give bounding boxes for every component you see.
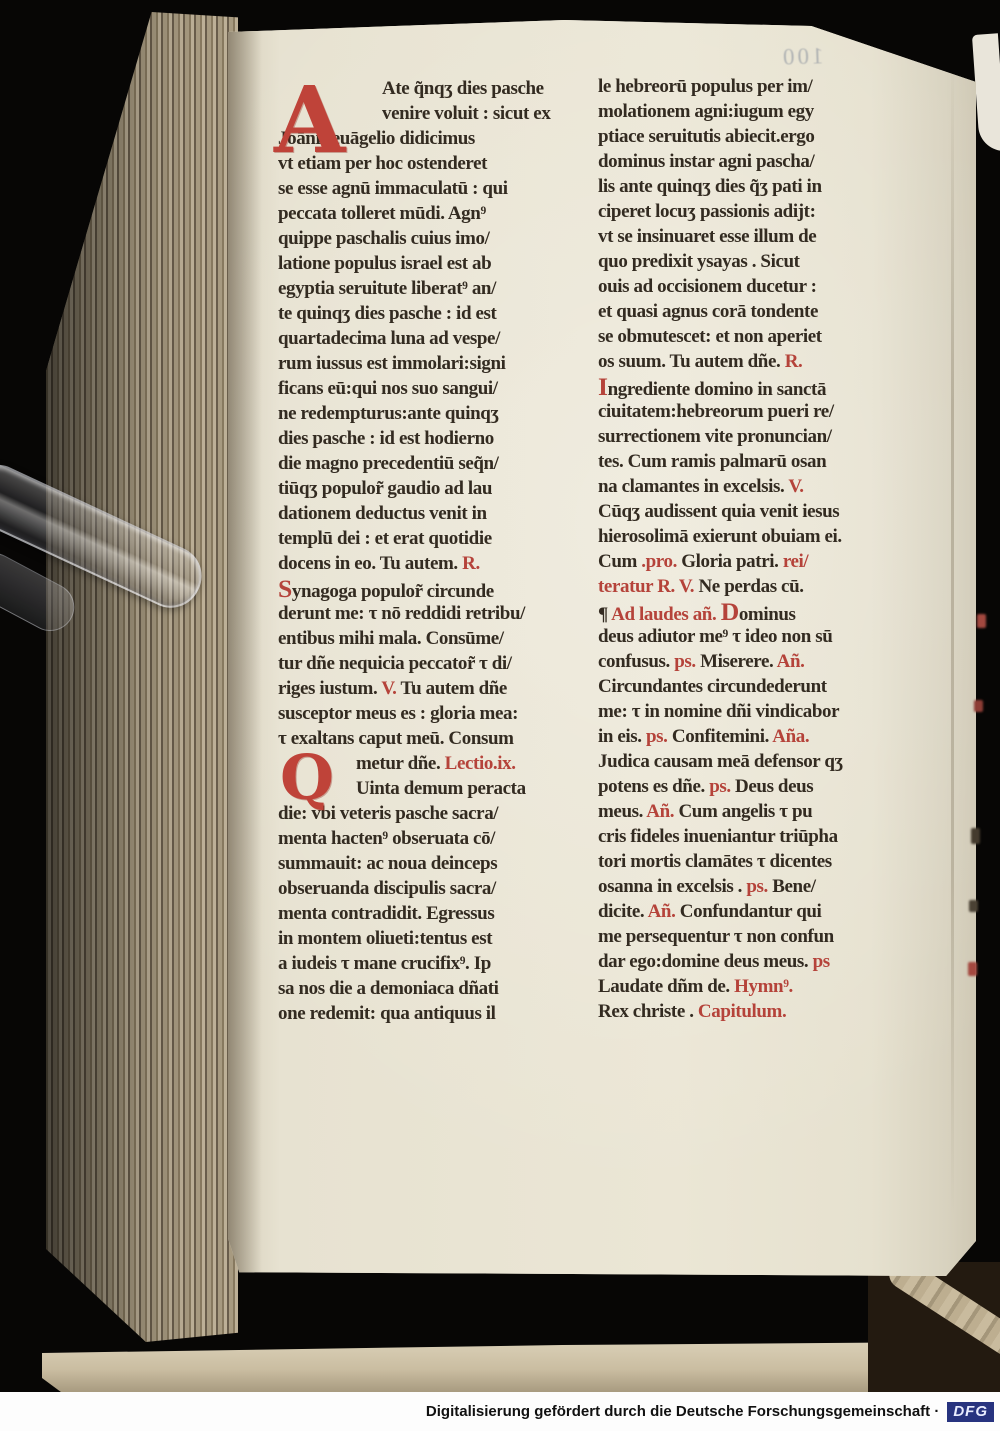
- text-segment: dationem deductus venit in: [278, 503, 487, 524]
- text-line: surrectionem vite pronuncian/: [598, 424, 928, 449]
- text-segment: dar ego:domine deus meus.: [598, 951, 813, 972]
- text-segment: Confundantur qui: [675, 901, 821, 922]
- text-segment: rei/: [783, 551, 808, 572]
- text-segment: tes. Cum ramis palmarū osan: [598, 451, 826, 472]
- text-line: dominus instar agni pascha/: [598, 149, 928, 174]
- text-segment: na clamantes in excelsis.: [598, 476, 788, 497]
- text-segment: quo predixit ysayas . Sicut: [598, 251, 800, 272]
- text-segment: quartadecima luna ad vespe/: [278, 328, 500, 349]
- text-segment: V.: [381, 678, 396, 699]
- text-segment: ptiace seruitutis abiecit.ergo: [598, 126, 814, 147]
- text-line: dies pasche : id est hodierno: [278, 426, 608, 451]
- text-line: docens in eo. Tu autem. R.: [278, 551, 608, 576]
- text-segment: cris fideles inueniantur triūpha: [598, 826, 838, 847]
- text-line: quartadecima luna ad vespe/: [278, 326, 608, 351]
- text-segment: I: [598, 372, 608, 401]
- text-line: confusus. ps. Miserere. Añ.: [598, 649, 928, 674]
- text-segment: V.: [788, 476, 803, 497]
- text-line: se esse agnū immaculatū : qui: [278, 176, 608, 201]
- text-segment: ps.: [674, 651, 696, 672]
- text-segment: Añ.: [777, 651, 805, 672]
- text-line: ouis ad occisionem ducetur :: [598, 274, 928, 299]
- text-segment: ps: [813, 951, 830, 972]
- text-line: rum iussus est immolari:signi: [278, 351, 608, 376]
- right-text-column: le hebreorū populus per im/molationem ag…: [598, 74, 928, 1024]
- page-edge-bleed-mark: [977, 614, 986, 628]
- text-line: egyptia seruitute liberat⁹ an/: [278, 276, 608, 301]
- text-line: ¶ Ad laudes añ. Dominus: [598, 599, 928, 624]
- text-line: os suum. Tu autem dñe. R.: [598, 349, 928, 374]
- text-segment: ominus: [739, 604, 796, 625]
- text-segment: deus adiutor me⁹ τ ideo non sū: [598, 626, 832, 647]
- text-segment: Uinta demum peracta: [356, 778, 526, 799]
- text-segment: peccata tolleret mūdi. Agn⁹: [278, 203, 486, 224]
- text-line: dicite. Añ. Confundantur qui: [598, 899, 928, 924]
- text-segment: hierosolimā exierunt obuiam ei.: [598, 526, 842, 547]
- text-line: Laudate dñm de. Hymn⁹.: [598, 974, 928, 999]
- text-segment: le hebreorū populus per im/: [598, 76, 812, 97]
- text-segment: molationem agni:iugum egy: [598, 101, 814, 122]
- text-line: potens es dñe. ps. Deus deus: [598, 774, 928, 799]
- text-line: se obmutescet: et non aperiet: [598, 324, 928, 349]
- text-segment: vt se insinuaret esse illum de: [598, 226, 816, 247]
- text-segment: Lectio.ix.: [445, 753, 516, 774]
- text-line: obseruanda discipulis sacra/: [278, 876, 608, 901]
- text-line: riges iustum. V. Tu autem dñe: [278, 676, 608, 701]
- text-segment: latione populus israel est ab: [278, 253, 491, 274]
- text-line: Cūqʒ audissent quia venit iesus: [598, 499, 928, 524]
- text-segment: ciuitatem:hebreorum pueri re/: [598, 401, 834, 422]
- text-line: Cum .pro. Gloria patri. rei/: [598, 549, 928, 574]
- text-segment: templū dei : et erat quotidie: [278, 528, 492, 549]
- text-segment: rum iussus est immolari:signi: [278, 353, 506, 374]
- left-page-edges: [46, 12, 238, 1342]
- text-segment: Circundantes circundederunt: [598, 676, 827, 697]
- text-line: quo predixit ysayas . Sicut: [598, 249, 928, 274]
- text-segment: et quasi agnus corā tondente: [598, 301, 818, 322]
- text-line: tur dñe nequicia peccator̃ τ di/: [278, 651, 608, 676]
- text-segment: Tu autem dñe: [397, 678, 507, 699]
- text-segment: R.: [785, 351, 803, 372]
- text-segment: Hymn⁹.: [734, 976, 793, 997]
- credit-text: Digitalisierung gefördert durch die Deut…: [426, 1403, 939, 1420]
- text-line: osanna in excelsis . ps. Bene/: [598, 874, 928, 899]
- text-segment: entibus mihi mala. Consūme/: [278, 628, 504, 649]
- text-line: molationem agni:iugum egy: [598, 99, 928, 124]
- text-line: teratur R. V. Ne perdas cū.: [598, 574, 928, 599]
- text-line: meus. Añ. Cum angelis τ pu: [598, 799, 928, 824]
- illuminated-initial-a: A: [274, 70, 345, 170]
- text-line: summauit: ac noua deinceps: [278, 851, 608, 876]
- text-line: entibus mihi mala. Consūme/: [278, 626, 608, 651]
- text-segment: Deus deus: [731, 776, 814, 797]
- text-segment: meus.: [598, 801, 646, 822]
- text-line: hierosolimā exierunt obuiam ei.: [598, 524, 928, 549]
- text-segment: ciperet locuʒ passionis adijt:: [598, 201, 816, 222]
- text-segment: S: [278, 574, 292, 603]
- text-segment: menta hacten⁹ obseruata cō/: [278, 828, 495, 849]
- text-line: ciperet locuʒ passionis adijt:: [598, 199, 928, 224]
- text-line: te quinqʒ dies pasche : id est: [278, 301, 608, 326]
- text-segment: Ate q̃nqʒ dies pasche: [382, 78, 544, 99]
- text-segment: sa nos die a demoniaca dñati: [278, 978, 499, 999]
- text-segment: Confitemini.: [668, 726, 773, 747]
- text-segment: os suum. Tu autem dñe.: [598, 351, 785, 372]
- text-segment: ne redempturus:ante quinqʒ: [278, 403, 499, 424]
- text-segment: Cūqʒ audissent quia venit iesus: [598, 501, 839, 522]
- folio-number-showthrough: 100: [780, 43, 824, 71]
- text-line: latione populus israel est ab: [278, 251, 608, 276]
- text-segment: Laudate dñm de.: [598, 976, 734, 997]
- text-line: me: τ in nomine dñi vindicabor: [598, 699, 928, 724]
- text-segment: egyptia seruitute liberat⁹ an/: [278, 278, 496, 299]
- text-line: Synagoga populor̃ circunde: [278, 576, 608, 601]
- text-segment: confusus.: [598, 651, 674, 672]
- text-line: a iudeis τ mane crucifix⁹. Ip: [278, 951, 608, 976]
- text-segment: tur dñe nequicia peccator̃ τ di/: [278, 653, 512, 674]
- text-line: ciuitatem:hebreorum pueri re/: [598, 399, 928, 424]
- text-segment: lis ante quinqʒ dies q̃ʒ pati in: [598, 176, 822, 197]
- text-segment: Judica causam meā defensor qʒ: [598, 751, 843, 772]
- text-segment: ynagoga populor̃ circunde: [292, 581, 494, 602]
- text-line: templū dei : et erat quotidie: [278, 526, 608, 551]
- text-line: Circundantes circundederunt: [598, 674, 928, 699]
- text-segment: R.: [462, 553, 480, 574]
- text-segment: dies pasche : id est hodierno: [278, 428, 494, 449]
- text-segment: Añ.: [648, 901, 676, 922]
- text-segment: dominus instar agni pascha/: [598, 151, 814, 172]
- text-line: Judica causam meā defensor qʒ: [598, 749, 928, 774]
- text-segment: venire voluit : sicut ex: [382, 103, 550, 124]
- text-segment: in eis.: [598, 726, 646, 747]
- page-edge-bleed-mark: [969, 900, 978, 912]
- bottom-page-edges: [58, 1262, 984, 1356]
- text-segment: ouis ad occisionem ducetur :: [598, 276, 817, 297]
- dfg-logo: DFG: [947, 1402, 994, 1422]
- text-segment: Bene/: [768, 876, 816, 897]
- text-segment: Aña.: [772, 726, 809, 747]
- book-photo: 100 Ate q̃nqʒ dies paschevenire voluit :…: [0, 0, 1000, 1431]
- text-line: Ingrediente domino in sanctā: [598, 374, 928, 399]
- text-line: menta hacten⁹ obseruata cō/: [278, 826, 608, 851]
- text-segment: ¶: [598, 604, 611, 625]
- text-segment: ficans eū:qui nos suo sangui/: [278, 378, 498, 399]
- text-segment: teratur R. V.: [598, 576, 694, 597]
- text-line: tori mortis clamātes τ dicentes: [598, 849, 928, 874]
- text-line: et quasi agnus corā tondente: [598, 299, 928, 324]
- text-segment: Rex christe .: [598, 1001, 698, 1022]
- text-segment: .pro.: [641, 551, 677, 572]
- text-segment: Ad laudes añ.: [611, 604, 716, 625]
- text-segment: D: [721, 597, 739, 626]
- text-segment: ps.: [709, 776, 731, 797]
- text-segment: osanna in excelsis .: [598, 876, 746, 897]
- text-line: na clamantes in excelsis. V.: [598, 474, 928, 499]
- text-segment: a iudeis τ mane crucifix⁹. Ip: [278, 953, 491, 974]
- text-line: ficans eū:qui nos suo sangui/: [278, 376, 608, 401]
- text-segment: susceptor meus es : gloria mea:: [278, 703, 518, 724]
- text-segment: ps.: [646, 726, 668, 747]
- text-segment: one redemit: qua antiquus il: [278, 1003, 496, 1024]
- text-segment: te quinqʒ dies pasche : id est: [278, 303, 496, 324]
- text-segment: ps.: [746, 876, 768, 897]
- text-line: me persequentur τ non confun: [598, 924, 928, 949]
- text-segment: obseruanda discipulis sacra/: [278, 878, 496, 899]
- text-line: vt se insinuaret esse illum de: [598, 224, 928, 249]
- text-line: derunt me: τ nō reddidi retribu/: [278, 601, 608, 626]
- text-segment: Ne perdas cū.: [694, 576, 803, 597]
- text-line: ne redempturus:ante quinqʒ: [278, 401, 608, 426]
- text-line: one redemit: qua antiquus il: [278, 1001, 608, 1026]
- text-line: quippe paschalis cuius imo/: [278, 226, 608, 251]
- text-segment: Capitulum.: [698, 1001, 786, 1022]
- text-segment: quippe paschalis cuius imo/: [278, 228, 489, 249]
- text-segment: derunt me: τ nō reddidi retribu/: [278, 603, 525, 624]
- text-segment: Miserere.: [696, 651, 777, 672]
- page-edge-bleed-mark: [971, 828, 980, 844]
- text-segment: metur dñe.: [356, 753, 445, 774]
- text-segment: dicite.: [598, 901, 648, 922]
- text-line: le hebreorū populus per im/: [598, 74, 928, 99]
- digitization-credit-bar: Digitalisierung gefördert durch die Deut…: [0, 1392, 1000, 1431]
- text-segment: se esse agnū immaculatū : qui: [278, 178, 508, 199]
- text-segment: menta contradidit. Egressus: [278, 903, 494, 924]
- text-line: die magno precedentiū seq̃n/: [278, 451, 608, 476]
- text-segment: die magno precedentiū seq̃n/: [278, 453, 499, 474]
- text-line: dar ego:domine deus meus. ps: [598, 949, 928, 974]
- page-edge-bleed-mark: [974, 700, 983, 712]
- text-line: in montem oliueti:tentus est: [278, 926, 608, 951]
- illuminated-initial-q: Q: [280, 749, 334, 807]
- text-segment: summauit: ac noua deinceps: [278, 853, 497, 874]
- text-segment: surrectionem vite pronuncian/: [598, 426, 832, 447]
- text-segment: in montem oliueti:tentus est: [278, 928, 492, 949]
- text-line: peccata tolleret mūdi. Agn⁹: [278, 201, 608, 226]
- text-segment: tori mortis clamātes τ dicentes: [598, 851, 832, 872]
- left-text-column: Ate q̃nqʒ dies paschevenire voluit : sic…: [278, 76, 608, 1026]
- page-edge-bleed-mark: [968, 962, 977, 976]
- text-line: in eis. ps. Confitemini. Aña.: [598, 724, 928, 749]
- text-line: menta contradidit. Egressus: [278, 901, 608, 926]
- text-line: tiūqʒ populor̃ gaudio ad lau: [278, 476, 608, 501]
- text-line: Rex christe . Capitulum.: [598, 999, 928, 1024]
- text-segment: docens in eo. Tu autem.: [278, 553, 462, 574]
- text-segment: Gloria patri.: [677, 551, 783, 572]
- text-segment: me: τ in nomine dñi vindicabor: [598, 701, 839, 722]
- text-line: tes. Cum ramis palmarū osan: [598, 449, 928, 474]
- text-line: susceptor meus es : gloria mea:: [278, 701, 608, 726]
- text-segment: ngrediente domino in sanctā: [608, 379, 826, 400]
- text-line: deus adiutor me⁹ τ ideo non sū: [598, 624, 928, 649]
- text-segment: me persequentur τ non confun: [598, 926, 834, 947]
- text-line: sa nos die a demoniaca dñati: [278, 976, 608, 1001]
- text-segment: riges iustum.: [278, 678, 381, 699]
- facing-page-sliver: [972, 33, 1000, 153]
- text-line: cris fideles inueniantur triūpha: [598, 824, 928, 849]
- text-line: ptiace seruitutis abiecit.ergo: [598, 124, 928, 149]
- text-line: dationem deductus venit in: [278, 501, 608, 526]
- text-segment: Cum: [598, 551, 641, 572]
- text-line: lis ante quinqʒ dies q̃ʒ pati in: [598, 174, 928, 199]
- text-segment: tiūqʒ populor̃ gaudio ad lau: [278, 478, 492, 499]
- text-segment: Añ.: [646, 801, 674, 822]
- text-segment: se obmutescet: et non aperiet: [598, 326, 822, 347]
- text-segment: potens es dñe.: [598, 776, 709, 797]
- text-segment: Cum angelis τ pu: [674, 801, 812, 822]
